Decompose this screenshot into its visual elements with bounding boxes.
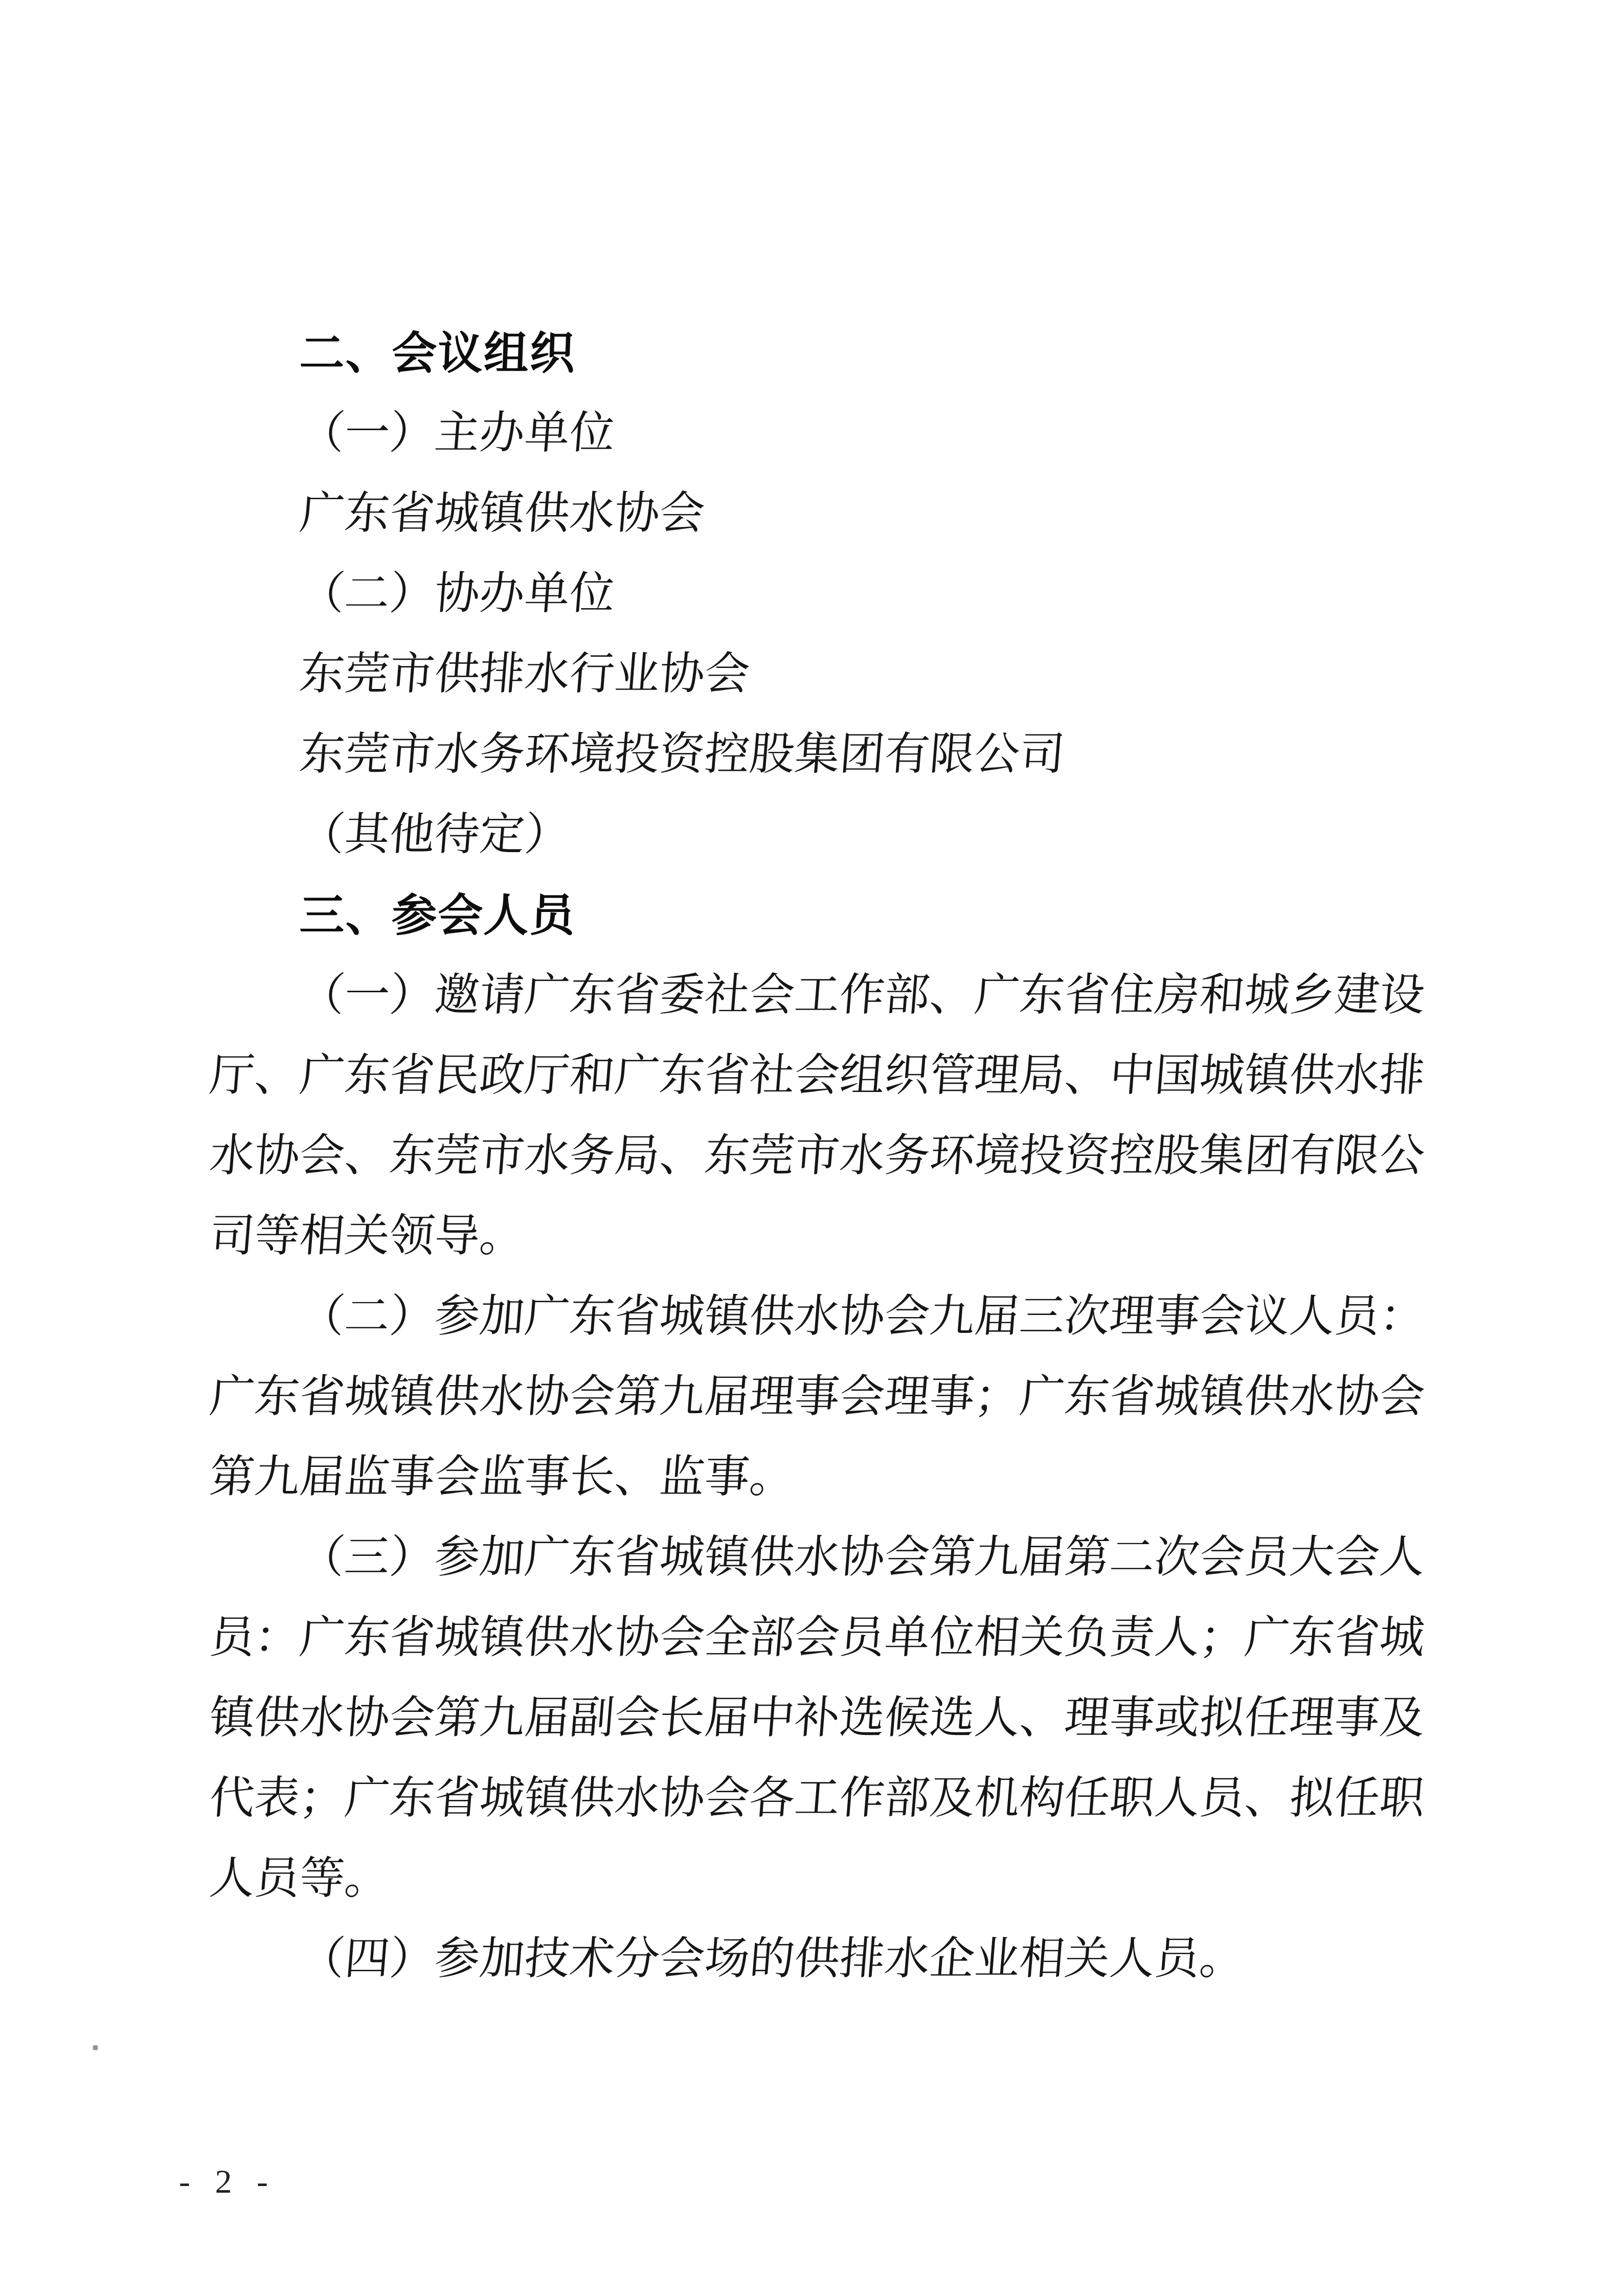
co-organizer-name-1: 东莞市供排水行业协会 <box>207 634 1440 715</box>
subheading-host-unit: （一）主办单位 <box>207 393 1440 474</box>
participants-item-2-line-3: 第九届监事会监事长、监事。 <box>207 1437 1440 1518</box>
participants-item-4-line-1: （四）参加技术分会场的供排水企业相关人员。 <box>207 1919 1440 1999</box>
participants-item-1-line-3: 水协会、东莞市水务局、东莞市水务环境投资控股集团有限公 <box>207 1116 1440 1196</box>
section-heading-participants: 三、参会人员 <box>208 875 1438 955</box>
participants-item-3-line-2: 员：广东省城镇供水协会全部会员单位相关负责人；广东省城 <box>207 1598 1440 1678</box>
subheading-co-organizer: （二）协办单位 <box>207 554 1440 634</box>
section-heading-meeting-organization: 二、会议组织 <box>208 313 1438 393</box>
host-unit-name: 广东省城镇供水协会 <box>207 474 1440 554</box>
document-body: 二、会议组织 （一）主办单位 广东省城镇供水协会 （二）协办单位 东莞市供排水行… <box>210 313 1437 1999</box>
participants-item-1-line-2: 厅、广东省民政厅和广东省社会组织管理局、中国城镇供水排 <box>207 1036 1440 1116</box>
scan-speck <box>93 2045 98 2050</box>
co-organizer-pending-note: （其他待定） <box>207 795 1440 875</box>
participants-item-1-line-4: 司等相关领导。 <box>207 1196 1440 1277</box>
participants-item-3-line-5: 人员等。 <box>207 1839 1440 1919</box>
document-page: 二、会议组织 （一）主办单位 广东省城镇供水协会 （二）协办单位 东莞市供排水行… <box>0 0 1623 2296</box>
page-number: - 2 - <box>169 2161 286 2202</box>
participants-item-2-line-2: 广东省城镇供水协会第九届理事会理事；广东省城镇供水协会 <box>207 1357 1440 1437</box>
participants-item-3-line-3: 镇供水协会第九届副会长届中补选候选人、理事或拟任理事及 <box>207 1678 1440 1758</box>
participants-item-2-line-1: （二）参加广东省城镇供水协会九届三次理事会议人员： <box>207 1277 1440 1357</box>
participants-item-3-line-1: （三）参加广东省城镇供水协会第九届第二次会员大会人 <box>207 1518 1440 1598</box>
co-organizer-name-2: 东莞市水务环境投资控股集团有限公司 <box>207 715 1440 795</box>
participants-item-1-line-1: （一）邀请广东省委社会工作部、广东省住房和城乡建设 <box>207 955 1440 1036</box>
participants-item-3-line-4: 代表；广东省城镇供水协会各工作部及机构任职人员、拟任职 <box>207 1758 1440 1839</box>
